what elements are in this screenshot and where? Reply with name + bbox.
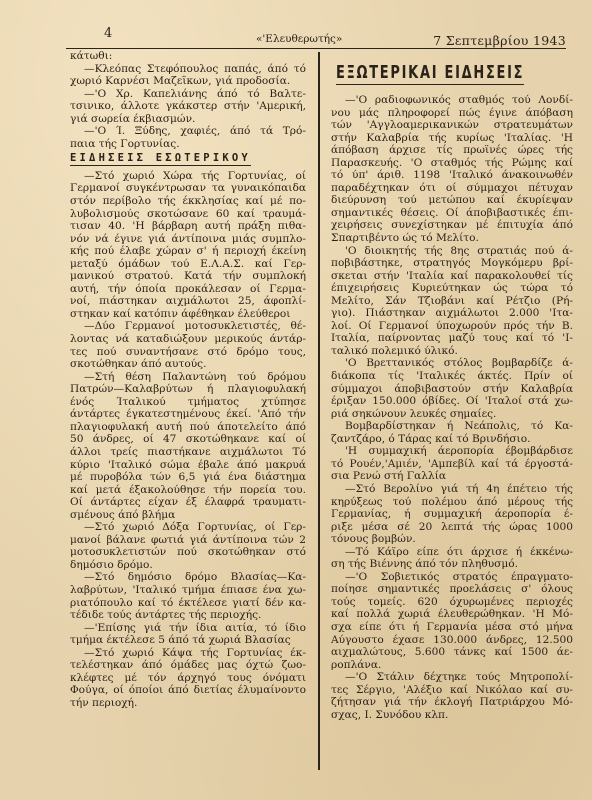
text-line: τών 'Αγγλοαμερικανικών στρατευμάτων	[331, 119, 573, 132]
text-line: λοντας νά καταδιώξουν μερικούς άντάρ-	[70, 333, 306, 346]
text-line: ριά σηκώνουν λευκές σημαίες.	[331, 408, 573, 421]
text-line: τισαν 40. 'Η βάρβαρη αυτή πράξη πιθα-	[70, 220, 306, 233]
text-line: σημαντικές θέσεις. Οί άποβιβαστικές έπι-	[331, 207, 573, 220]
text-line: —'Ο Σοβιετικός στρατός έπραγματο-	[331, 571, 573, 584]
right-column: —'Ο ραδιοφωνικός σταθμός τού Λονδί-νου μ…	[331, 94, 573, 721]
text-line: Οί άντάρτες είχαν έξ έλαφρά τραυματι-	[70, 496, 306, 509]
text-line: έριξαν 150.000 όβίδες. Οί 'Ιταλοί στά χω…	[331, 395, 573, 408]
text-line: ποίησε σημαντικές προελάσεις σ' όλους	[331, 583, 573, 596]
text-line: —'Ο ραδιοφωνικός σταθμός τού Λονδί-	[331, 94, 573, 107]
foreign-news-text: —'Ο ραδιοφωνικός σταθμός τού Λονδί-νου μ…	[331, 94, 573, 721]
text-line: σύμμαχοι άποβιβαστούν στήν Καλαβρία	[331, 383, 573, 396]
text-line: τήν περιοχή.	[70, 697, 306, 710]
text-line: μοτοσυκλετιστών πού σκοτώθηκαν στό	[70, 546, 306, 559]
text-line: μέ πυροβόλα τών 6,5 γιά ένα διάστημα	[70, 471, 306, 484]
text-line: σια Ρενώ στή Γαλλία	[331, 470, 573, 483]
domestic-news-heading: ΕΙΔΗΣΕΙΣ ΕΣΩΤΕΡΙΚΟΥ	[70, 152, 251, 166]
text-line: νου μάς πληροφορεί πώς έγινε άπόβαση	[331, 107, 573, 120]
text-line: Μελίτο, Σάν Τζιοβάνι καί Ρέτζιο (Ρή-	[331, 295, 573, 308]
left-column: κάτωθι:—Κλεόπας Στεφόπουλος παπάς, άπό τ…	[70, 50, 306, 709]
text-line: λαβρύτων, 'Ιταλικό τμήμα έπιασε ένα χω-	[70, 584, 306, 597]
text-line: —'Ο Χρ. Καπελιάνης άπό τό Βαλτε-	[70, 88, 306, 101]
text-line: —Κλεόπας Στεφόπουλος παπάς, άπό τό	[70, 63, 306, 76]
text-line: ταλικό πολεμικό ύλικό.	[331, 345, 573, 358]
text-line: τελέστηκαν άπό όμάδες μας όχτώ ζωο-	[70, 659, 306, 672]
text-line: 50 άνδρες, οί 47 σκοτώθηκανε καί οί	[70, 433, 306, 446]
text-line: κηρύξεως τού πολέμου άπό μέρους τής	[331, 496, 573, 509]
text-line: μανικού στρατού. Κατά τήν συμπλοκή	[70, 270, 306, 283]
text-line: Αύγουστο έχασε 130.000 άνδρες, 12.500	[331, 634, 573, 647]
text-line: Πατρών—Καλαβρύτων ή πλαγιοφυλακή	[70, 383, 306, 396]
text-line: καί πολλά χωριά έλευθερώθηκαν. 'Η Μό-	[331, 608, 573, 621]
text-line: ση τής Βιέννης άπό τόν πληθυσμό.	[331, 558, 573, 571]
foreign-news-heading: ΕΞΩΤΕΡΙΚΑΙ ΕΙΔΗΣΕΙΣ	[336, 62, 524, 85]
text-line: στόν περίβολο τής έκκλησίας καί μέ πο-	[70, 195, 306, 208]
text-line: σκεται στήν 'Ιταλία καί παρακολουθεί τίς	[331, 270, 573, 283]
text-line: τες Σέργιο, 'Αλέξιο καί Νικόλαο καί συ-	[331, 684, 573, 697]
text-line: 'Η συμμαχική άεροπορία έβομβάρδισε	[331, 445, 573, 458]
text-line: τό Ρουέν,'Αμιέν, 'Αμπεβίλ καί τά έργοστά…	[331, 458, 573, 471]
text-line: άντάρτες έγκατεστημένους έκεί. 'Από τήν	[70, 408, 306, 421]
text-line: μεταξύ όμάδων τού Ε.Λ.Α.Σ. καί Γερ-	[70, 258, 306, 271]
page-header: 4 «'Ελευθερωτής» 7 Σεπτεμβρίου 1943	[66, 28, 566, 49]
text-line: γιά σωρεία έκβιασμών.	[70, 113, 306, 126]
text-line: —Στό χωριό Κάψα τής Γορτυνίας έκ-	[70, 647, 306, 660]
text-line: τμήμα έκτέλεσε 5 άπό τά χωριά Βλασίας	[70, 634, 306, 647]
text-line: καί μετά έξακολούθησε τήν πορεία του.	[70, 484, 306, 497]
text-line: σχα είπε ότι ή Γερμανία μέσα στό μήνα	[331, 621, 573, 634]
text-line: άλλοι τρείς πιαστήκανε αιχμάλωτοι Τό	[70, 446, 306, 459]
text-line: —Τό Κάϊρο είπε ότι άρχισε ή έκκένω-	[331, 546, 573, 559]
newspaper-name: «'Ελευθερωτής»	[256, 33, 342, 45]
text-line: Γερμανίας, ή συμμαχική άεροπορία έ-	[331, 508, 573, 521]
text-line: λοί. Οί Γερμανοί ύποχωρούν πρός τήν Β.	[331, 320, 573, 333]
text-line: τες πού συναντήσανε στό δρόμο τους,	[70, 346, 306, 359]
text-line: λυβολισμούς σκοτώσανε 60 καί τραυμά-	[70, 208, 306, 221]
newspaper-page: 4 «'Ελευθερωτής» 7 Σεπτεμβρίου 1943 κάτω…	[0, 0, 592, 800]
text-line: χωριό Καρνέσι Μαζεΐκων, γιά προδοσία.	[70, 75, 306, 88]
text-line: —'Επίσης γιά τήν ίδια αιτία, τό ίδιο	[70, 622, 306, 635]
text-line: —'Ο Ί. Ξύδης, χαφιές, άπό τά Τρό-	[70, 125, 306, 138]
issue-date: 7 Σεπτεμβρίου 1943	[433, 33, 566, 48]
text-line: σμένους άπό βλήμα	[70, 509, 306, 522]
page-number: 4	[104, 26, 112, 41]
text-line: έπιχειρήσεις Κυριεύτηκαν ώς τώρα τό	[331, 282, 573, 295]
text-line: χειρήσεις συνεχίστηκαν μέ έπιτυχία άπό	[331, 219, 573, 232]
text-line: διεύρυνση τού μετώπου καί έκυρίεψαν	[331, 194, 573, 207]
text-line: —'Ο Στάλιν δέχτηκε τούς Μητροπολί-	[331, 671, 573, 684]
text-line: στηκαν καί κατόπιν άφέθηκαν έλεύθεροι	[70, 308, 306, 321]
text-line: κύριο 'Ιταλικό σώμα έβαλε άπό μακρυά	[70, 459, 306, 472]
text-line: νόν νά έγινε γιά άντίποινα μιάς συμπλο-	[70, 233, 306, 246]
text-line: —Στό χωριό Χώρα τής Γορτυνίας, οί	[70, 170, 306, 183]
text-line: —Δύο Γερμανοί μοτοσυκλετιστές, θέ-	[70, 320, 306, 333]
text-line: τούς τομείς. 620 όχυρωμένες περιοχές	[331, 596, 573, 609]
text-line: Σπαρτιβέντο ώς τό Μελίτο.	[331, 232, 573, 245]
text-line: σχας, Ι. Συνόδου κλπ.	[331, 709, 573, 722]
text-line: ένός Ίταλικού τμήματος χτύπησε	[70, 396, 306, 409]
text-line: αιχμαλώτους, 5.600 τάνκς καί 1500 άε-	[331, 646, 573, 659]
text-line: ζήτησαν γιά τήν έκλογή Πατριάρχου Μό-	[331, 696, 573, 709]
text-line: Βομβαρδίστηκαν ή Νεάπολις, τό Κα-	[331, 420, 573, 433]
text-line: ποβιβάστηκε, στρατηγός Μογκόμερυ βρί-	[331, 257, 573, 270]
text-line: άπόβαση άρχισε τίς πρωϊνές ώρες τής	[331, 144, 573, 157]
text-line: —Στή θέση Παλαντώνη τού δρόμου	[70, 371, 306, 384]
text-line: αυτή, τήν όποία προκάλεσαν οί Γερμα-	[70, 283, 306, 296]
domestic-news-text: —Στό χωριό Χώρα τής Γορτυνίας, οίΓερμανο…	[70, 170, 306, 710]
text-line: Παρασκευής. 'Ο σταθμός τής Ρώμης καί	[331, 157, 573, 170]
text-line: γιο). Πιάστηκαν αιχμάλωτοι 2.000 'Ιτα-	[331, 307, 573, 320]
text-line: —Στό δημόσιο δρόμο Βλασίας—Κα-	[70, 571, 306, 584]
text-line: τόνους βομβών.	[331, 533, 573, 546]
text-line: νοί, πιάστηκαν αιχμάλωτοι 25, άφοπλί-	[70, 295, 306, 308]
text-line: ριξε μέσα σέ 20 λεπτά τής ώρας 1000	[331, 521, 573, 534]
text-line: τό ύπ' άριθ. 1198 'Ιταλικό άνακοινωθέν	[331, 169, 573, 182]
text-line: κής πού έλαβε χώραν σ' ή περιοχή έκείνη	[70, 245, 306, 258]
left-column-continued-text: κάτωθι:—Κλεόπας Στεφόπουλος παπάς, άπό τ…	[70, 50, 306, 150]
text-line: τσινικο, άλλοτε γκάκστερ στήν 'Αμερική,	[70, 100, 306, 113]
text-line: διάκοπα τίς 'Ιταλικές άκτές. Πρίν οί	[331, 370, 573, 383]
text-line: κάτωθι:	[70, 50, 306, 63]
text-line: Φούγα, οί όποίοι άπό διετίας έλυμαίνοντο	[70, 684, 306, 697]
text-line: —Στό Βερολίνο γιά τή 4η έπέτειο τής	[331, 483, 573, 496]
text-line: Γερμανοί συγκέντρωσαν τα γυναικόπαιδα	[70, 182, 306, 195]
text-line: κλέφτες μέ τόν άρχηγό τους όνόματι	[70, 672, 306, 685]
text-line: παια τής Γορτυνίας.	[70, 138, 306, 151]
text-line: παραδέχτηκαν ότι οί σύμμαχοι πέτυχαν	[331, 182, 573, 195]
text-line: τέδιδε τούς άντάρτες τής περιοχής.	[70, 609, 306, 622]
text-line: 'Ο Βρεττανικός στόλος βομβαρδίζε ά-	[331, 357, 573, 370]
text-line: δημόσιο δρόμο.	[70, 559, 306, 572]
text-line: ριατόπουλο καί τό έκτέλεσε γιατί δέν κα-	[70, 597, 306, 610]
text-line: —Στό χωριό Δόξα Γορτυνίας, οί Γερ-	[70, 521, 306, 534]
text-line: Ιταλία, παίρνοντας μαζύ τους καί τό 'Ι-	[331, 332, 573, 345]
text-line: μανοί βάλανε φωτιά γιά άντίποινα τών 2	[70, 534, 306, 547]
text-line: πλαγιοφυλακή αυτή πού άποτελείτο άπό	[70, 421, 306, 434]
text-line: ζαντζάρο, ό Τάρας καί τό Βρινδήσιο.	[331, 433, 573, 446]
text-line: 'Ο διοικητής τής 8ης στρατιάς πού ά-	[331, 245, 573, 258]
column-divider	[318, 52, 320, 770]
text-line: ροπλάνα.	[331, 659, 573, 672]
text-line: σκοτώθηκαν άπό αυτούς.	[70, 358, 306, 371]
text-line: στήν Καλαβρία τής κυρίως 'Ιταλίας. 'Η	[331, 132, 573, 145]
